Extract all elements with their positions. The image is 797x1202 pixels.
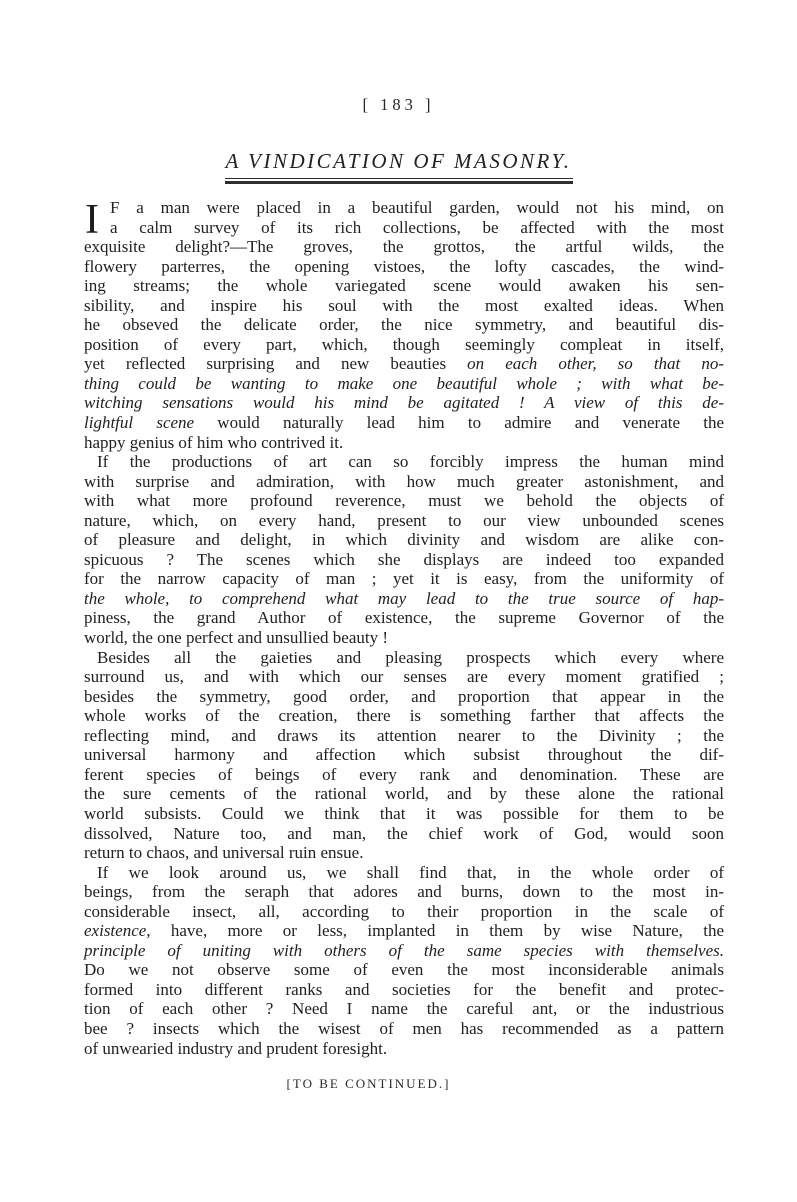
text-line: sibility, and inspire his soul with the … bbox=[84, 296, 724, 316]
title-rule-thin bbox=[225, 178, 573, 179]
text-run: If the productions of art can so forcibl… bbox=[97, 452, 724, 471]
text-run: yet reflected surprising and new beautie… bbox=[84, 354, 467, 373]
text-run: piness, the grand Author of existence, t… bbox=[84, 608, 724, 627]
text-run: flowery parterres, the opening vistoes, … bbox=[84, 257, 724, 276]
text-run: Do we not observe some of even the most … bbox=[84, 960, 724, 979]
text-run: a calm survey of its rich collections, b… bbox=[110, 218, 724, 237]
text-run: would naturally lead him to admire and v… bbox=[194, 413, 724, 432]
text-run: whole works of the creation, there is so… bbox=[84, 706, 724, 725]
text-line: surround us, and with which our senses a… bbox=[84, 667, 724, 687]
text-run: besides the symmetry, good order, and pr… bbox=[84, 687, 724, 706]
text-line: lightful scene would naturally lead him … bbox=[84, 413, 724, 433]
text-line: reflecting mind, and draws its attention… bbox=[84, 726, 724, 746]
paragraph: IF a man were placed in a beautiful gard… bbox=[84, 198, 724, 452]
text-line: If the productions of art can so forcibl… bbox=[84, 452, 724, 472]
text-line: world, the one perfect and unsullied bea… bbox=[84, 628, 724, 648]
paragraph: Besides all the gaieties and pleasing pr… bbox=[84, 648, 724, 863]
article-body: IF a man were placed in a beautiful gard… bbox=[84, 198, 724, 1058]
drop-cap: I bbox=[85, 199, 99, 241]
article-title: A VINDICATION OF MASONRY. bbox=[0, 149, 797, 174]
text-run: exquisite delight?—The groves, the grott… bbox=[84, 237, 724, 256]
masthead: A VINDICATION OF MASONRY. bbox=[0, 149, 797, 184]
text-line: spicuous ? The scenes which she displays… bbox=[84, 550, 724, 570]
text-run: world, the one perfect and unsullied bea… bbox=[84, 628, 388, 647]
text-line: besides the symmetry, good order, and pr… bbox=[84, 687, 724, 707]
text-line: yet reflected surprising and new beautie… bbox=[84, 354, 724, 374]
text-line: ferent species of beings of every rank a… bbox=[84, 765, 724, 785]
text-run: with what more profound reverence, must … bbox=[84, 491, 724, 510]
text-run: world subsists. Could we think that it w… bbox=[84, 804, 724, 823]
italic-run: the whole, to comprehend what may lead t… bbox=[84, 589, 724, 608]
text-line: formed into different ranks and societie… bbox=[84, 980, 724, 1000]
text-run: bee ? insects which the wisest of men ha… bbox=[84, 1019, 724, 1038]
italic-run: lightful scene bbox=[84, 413, 194, 432]
text-line: of pleasure and delight, in which divini… bbox=[84, 530, 724, 550]
text-line: with what more profound reverence, must … bbox=[84, 491, 724, 511]
text-line: F a man were placed in a beautiful garde… bbox=[110, 198, 724, 218]
text-run: position of every part, which, though se… bbox=[84, 335, 724, 354]
text-run: return to chaos, and universal ruin ensu… bbox=[84, 843, 363, 862]
text-line: position of every part, which, though se… bbox=[84, 335, 724, 355]
text-line: happy genius of him who contrived it. bbox=[84, 433, 724, 453]
text-line: a calm survey of its rich collections, b… bbox=[110, 218, 724, 238]
italic-run: existence, bbox=[84, 921, 151, 940]
italic-run: on each other, so that no- bbox=[467, 354, 724, 373]
text-run: he obseved the delicate order, the nice … bbox=[84, 315, 724, 334]
text-line: beings, from the seraph that adores and … bbox=[84, 882, 724, 902]
text-line: the whole, to comprehend what may lead t… bbox=[84, 589, 724, 609]
text-line: return to chaos, and universal ruin ensu… bbox=[84, 843, 724, 863]
text-line: of unwearied industry and prudent foresi… bbox=[84, 1039, 724, 1059]
text-line: ing streams; the whole variegated scene … bbox=[84, 276, 724, 296]
text-line: whole works of the creation, there is so… bbox=[84, 706, 724, 726]
text-run: universal harmony and affection which su… bbox=[84, 745, 724, 764]
paragraph: If the productions of art can so forcibl… bbox=[84, 452, 724, 647]
italic-run: principle of uniting with others of the … bbox=[84, 941, 724, 960]
text-run: If we look around us, we shall find that… bbox=[97, 863, 724, 882]
italic-run: thing could be wanting to make one beaut… bbox=[84, 374, 557, 393]
text-line: dissolved, Nature too, and man, the chie… bbox=[84, 824, 724, 844]
text-run: dissolved, Nature too, and man, the chie… bbox=[84, 824, 724, 843]
text-run: nature, which, on every hand, present to… bbox=[84, 511, 724, 530]
text-run: of pleasure and delight, in which divini… bbox=[84, 530, 724, 549]
text-line: with surprise and admiration, with how m… bbox=[84, 472, 724, 492]
text-line: tion of each other ? Need I name the car… bbox=[84, 999, 724, 1019]
text-line: existence, have, more or less, implanted… bbox=[84, 921, 724, 941]
text-run: ing streams; the whole variegated scene … bbox=[84, 276, 724, 295]
text-line: thing could be wanting to make one beaut… bbox=[84, 374, 724, 394]
text-line: the sure cements of the rational world, … bbox=[84, 784, 724, 804]
text-run: reflecting mind, and draws its attention… bbox=[84, 726, 724, 745]
text-line: If we look around us, we shall find that… bbox=[84, 863, 724, 883]
text-line: considerable insect, all, according to t… bbox=[84, 902, 724, 922]
text-line: for the narrow capacity of man ; yet it … bbox=[84, 569, 724, 589]
text-line: world subsists. Could we think that it w… bbox=[84, 804, 724, 824]
page-number: [ 183 ] bbox=[0, 95, 797, 115]
italic-run: witching sensations would his mind be ag… bbox=[84, 393, 544, 412]
text-run: the sure cements of the rational world, … bbox=[84, 784, 724, 803]
text-run: ferent species of beings of every rank a… bbox=[84, 765, 724, 784]
text-line: witching sensations would his mind be ag… bbox=[84, 393, 724, 413]
to-be-continued-note: [TO BE CONTINUED.] bbox=[0, 1076, 767, 1092]
document-page: [ 183 ] A VINDICATION OF MASONRY. IF a m… bbox=[0, 0, 797, 1202]
text-line: he obseved the delicate order, the nice … bbox=[84, 315, 724, 335]
title-rule-thick bbox=[225, 181, 573, 184]
text-run: for the narrow capacity of man ; yet it … bbox=[84, 569, 724, 588]
text-run: formed into different ranks and societie… bbox=[84, 980, 724, 999]
text-run: have, more or less, implanted in them by… bbox=[151, 921, 724, 940]
text-line: principle of uniting with others of the … bbox=[84, 941, 724, 961]
text-line: universal harmony and affection which su… bbox=[84, 745, 724, 765]
text-run: of unwearied industry and prudent foresi… bbox=[84, 1039, 387, 1058]
text-line: flowery parterres, the opening vistoes, … bbox=[84, 257, 724, 277]
text-run: spicuous ? The scenes which she displays… bbox=[84, 550, 724, 569]
text-run: happy genius of him who contrived it. bbox=[84, 433, 343, 452]
text-run: surround us, and with which our senses a… bbox=[84, 667, 724, 686]
text-run: F a man were placed in a beautiful garde… bbox=[110, 198, 724, 217]
paragraph: If we look around us, we shall find that… bbox=[84, 863, 724, 1058]
text-line: nature, which, on every hand, present to… bbox=[84, 511, 724, 531]
text-run: Besides all the gaieties and pleasing pr… bbox=[97, 648, 724, 667]
italic-run: ; with what be- bbox=[557, 374, 724, 393]
text-run: tion of each other ? Need I name the car… bbox=[84, 999, 724, 1018]
text-run: considerable insect, all, according to t… bbox=[84, 902, 724, 921]
italic-run: A view of this de- bbox=[544, 393, 724, 412]
text-line: Besides all the gaieties and pleasing pr… bbox=[84, 648, 724, 668]
text-run: with surprise and admiration, with how m… bbox=[84, 472, 724, 491]
text-run: beings, from the seraph that adores and … bbox=[84, 882, 724, 901]
text-line: Do we not observe some of even the most … bbox=[84, 960, 724, 980]
text-line: piness, the grand Author of existence, t… bbox=[84, 608, 724, 628]
text-run: sibility, and inspire his soul with the … bbox=[84, 296, 724, 315]
text-line: exquisite delight?—The groves, the grott… bbox=[84, 237, 724, 257]
text-line: bee ? insects which the wisest of men ha… bbox=[84, 1019, 724, 1039]
